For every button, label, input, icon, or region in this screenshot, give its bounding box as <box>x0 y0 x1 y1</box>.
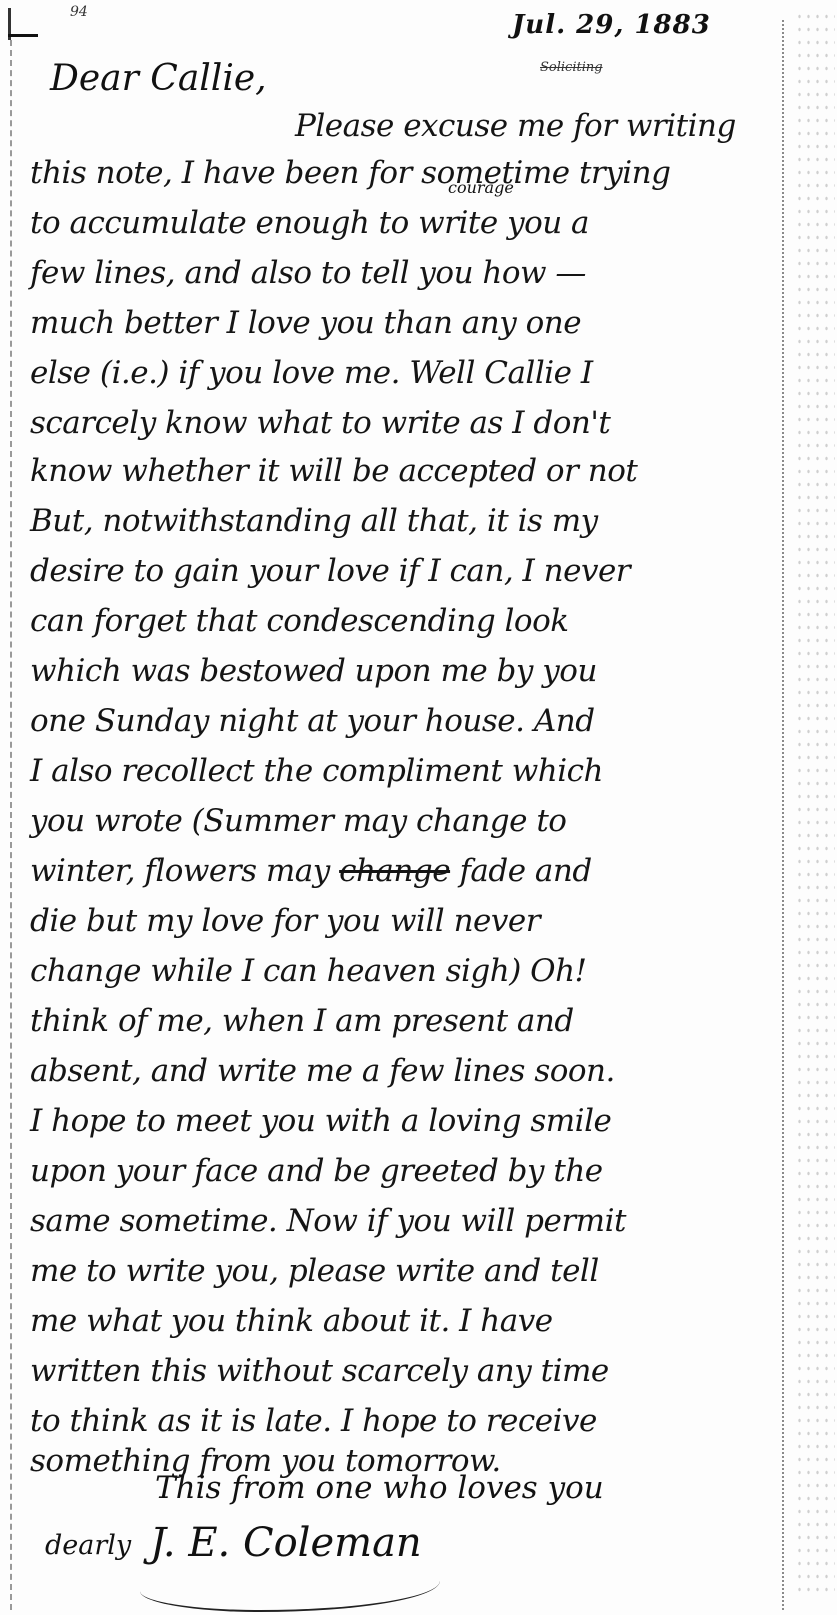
letter-line: But, notwithstanding all that, it is my <box>30 503 598 539</box>
letter-line: much better I love you than any one <box>30 305 581 341</box>
letter-line: me to write you, please write and tell <box>30 1253 599 1289</box>
letter-line-with-strike: winter, flowers may change fade and <box>30 853 592 889</box>
archival-annotation: Soliciting <box>540 60 603 75</box>
closing-line: This from one who loves you <box>155 1470 604 1506</box>
letter-line: I hope to meet you with a loving smile <box>30 1103 611 1139</box>
letter-page: 94 Jul. 29, 1883 Soliciting Dear Callie,… <box>0 0 837 1615</box>
letter-line: else (i.e.) if you love me. Well Callie … <box>30 355 593 391</box>
letter-line: same sometime. Now if you will permit <box>30 1203 626 1239</box>
right-margin-rule <box>782 20 784 1610</box>
line-text: winter, flowers may <box>30 853 330 889</box>
letter-line: absent, and write me a few lines soon. <box>30 1053 615 1089</box>
corner-bracket-horizontal <box>8 34 38 37</box>
letter-line: scarcely know what to write as I don't <box>30 405 610 441</box>
letter-line: to think as it is late. I hope to receiv… <box>30 1403 597 1439</box>
letter-line: few lines, and also to tell you how — <box>30 255 586 291</box>
letter-line: upon your face and be greeted by the <box>30 1153 603 1189</box>
signature-flourish <box>140 1560 440 1612</box>
salutation: Dear Callie, <box>50 58 267 99</box>
struck-word: change <box>339 853 450 889</box>
letter-date: Jul. 29, 1883 <box>512 10 711 40</box>
letter-line: can forget that condescending look <box>30 603 569 639</box>
letter-line: change while I can heaven sigh) Oh! <box>30 953 587 989</box>
letter-line: desire to gain your love if I can, I nev… <box>30 553 630 589</box>
letter-line: one Sunday night at your house. And <box>30 703 595 739</box>
letter-line: Please excuse me for writing <box>295 108 736 144</box>
letter-line: you wrote (Summer may change to <box>30 803 566 839</box>
letter-line: which was bestowed upon me by you <box>30 653 597 689</box>
inserted-word: courage <box>448 178 514 197</box>
signoff-prefix: dearly <box>45 1530 131 1561</box>
letter-line: know whether it will be accepted or not <box>30 453 637 489</box>
letter-line: written this without scarcely any time <box>30 1353 609 1389</box>
scan-edge-noise <box>795 10 835 1600</box>
line-tail: fade and <box>459 853 591 889</box>
page-marker: 94 <box>70 4 88 20</box>
letter-line: me what you think about it. I have <box>30 1303 553 1339</box>
left-margin-rule <box>10 40 12 1610</box>
letter-line: I also recollect the compliment which <box>30 753 603 789</box>
letter-line: think of me, when I am present and <box>30 1003 574 1039</box>
letter-line: to accumulate enough to write you a <box>30 205 589 241</box>
letter-line: this note, I have been for sometime tryi… <box>30 155 670 191</box>
letter-line: die but my love for you will never <box>30 903 540 939</box>
